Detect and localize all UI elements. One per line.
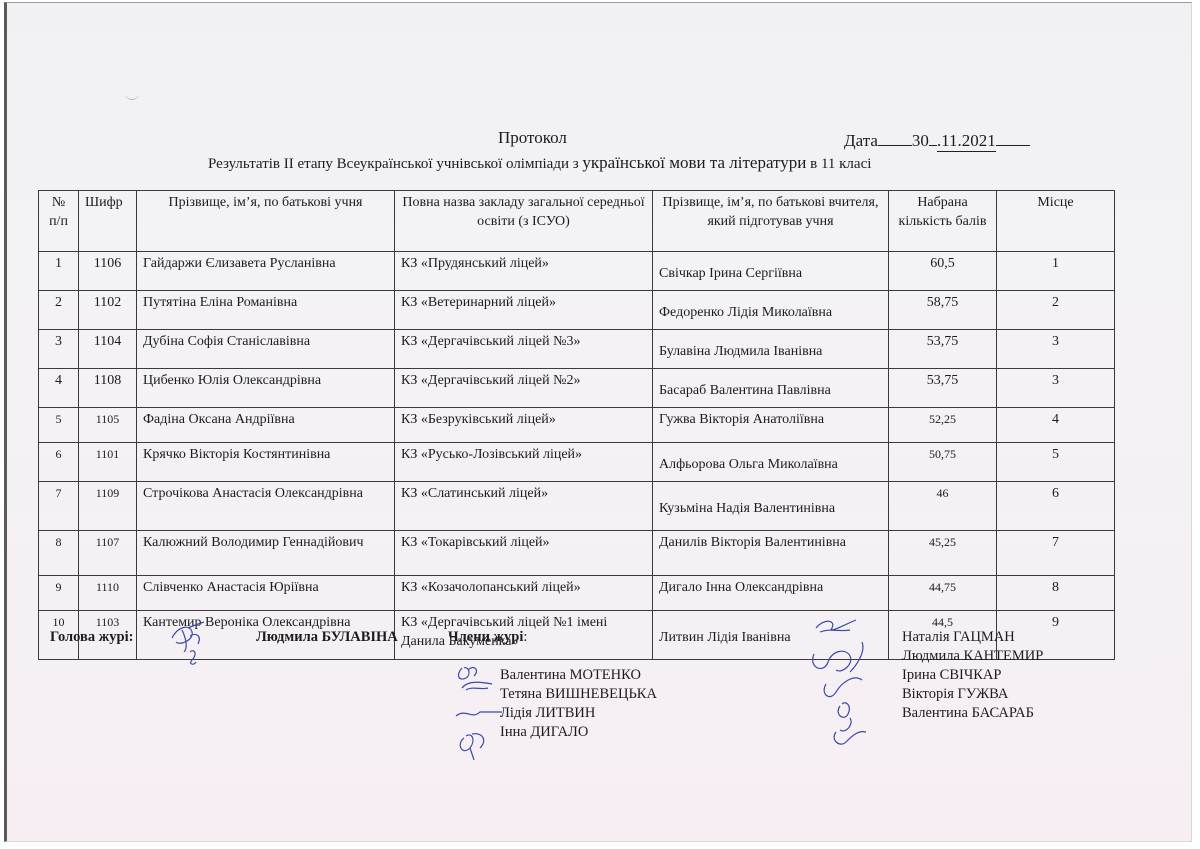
cell-teacher: Данилів Вікторія Валентинівна (653, 531, 889, 576)
cell-place: 3 (997, 330, 1115, 369)
cell-student: Цибенко Юлія Олександрівна (137, 369, 395, 408)
cell-student: Фадіна Оксана Андріївна (137, 408, 395, 443)
jury-member: Людмила КАНТЕМИР (902, 647, 1043, 666)
cell-school: КЗ «Козачолопанський ліцей» (395, 576, 653, 611)
cell-place: 4 (997, 408, 1115, 443)
cell-teacher: Басараб Валентина Павлівна (653, 369, 889, 408)
cell-code: 1102 (79, 291, 137, 330)
cell-school: КЗ «Дергачівський ліцей №2» (395, 369, 653, 408)
cell-school: КЗ «Токарівський ліцей» (395, 531, 653, 576)
table-body: 11106Гайдаржи Єлизавета РусланівнаКЗ «Пр… (39, 252, 1115, 660)
cell-place: 5 (997, 443, 1115, 482)
cell-n: 2 (39, 291, 79, 330)
cell-school: КЗ «Дергачівський ліцей №3» (395, 330, 653, 369)
date-blank (929, 128, 937, 146)
date-blank (996, 128, 1030, 146)
jury-member: Інна ДИГАЛО (500, 723, 657, 742)
cell-code: 1105 (79, 408, 137, 443)
table-row: 51105Фадіна Оксана АндріївнаКЗ «Безруків… (39, 408, 1115, 443)
cell-score: 52,25 (889, 408, 997, 443)
members-label-text: Члени журі (448, 629, 523, 645)
date-label: Дата (844, 131, 878, 150)
cell-n: 4 (39, 369, 79, 408)
cell-code: 1104 (79, 330, 137, 369)
subtitle-part: Результатів ІІ етапу Всеукраїнської учні… (208, 156, 582, 172)
cell-code: 1109 (79, 482, 137, 531)
cell-student: Дубіна Софія Станіславівна (137, 330, 395, 369)
cell-place: 7 (997, 531, 1115, 576)
column-header: Набрана кількість балів (889, 191, 997, 252)
table-header-row: № п/пШифрПрізвище, ім’я, по батькові учн… (39, 191, 1115, 252)
cell-score: 44,75 (889, 576, 997, 611)
cell-score: 60,5 (889, 252, 997, 291)
table-row: 41108Цибенко Юлія ОлександрівнаКЗ «Дерга… (39, 369, 1115, 408)
scan-mark (125, 91, 139, 100)
cell-school: КЗ «Русько-Лозівський ліцей» (395, 443, 653, 482)
cell-code: 1101 (79, 443, 137, 482)
jury-member: Ірина СВІЧКАР (902, 666, 1043, 685)
cell-n: 3 (39, 330, 79, 369)
date-blank (878, 128, 912, 146)
jury-members-left: Валентина МОТЕНКО Тетяна ВИШНЕВЕЦЬКА Лід… (500, 666, 657, 742)
cell-place: 3 (997, 369, 1115, 408)
jury-member: Вікторія ГУЖВА (902, 685, 1043, 704)
page-title: Протокол (498, 128, 567, 148)
cell-student: Крячко Вікторія Костянтинівна (137, 443, 395, 482)
cell-score: 53,75 (889, 369, 997, 408)
cell-teacher: Гужва Вікторія Анатоліївна (653, 408, 889, 443)
jury-member: Валентина БАСАРАБ (902, 704, 1043, 723)
signature-icon (806, 614, 896, 754)
cell-code: 1108 (79, 369, 137, 408)
cell-score: 46 (889, 482, 997, 531)
table-row: 31104Дубіна Софія СтаніславівнаКЗ «Дерга… (39, 330, 1115, 369)
cell-student: Калюжний Володимир Геннадійович (137, 531, 395, 576)
cell-teacher: Алфьорова Ольга Миколаївна (653, 443, 889, 482)
jury-member: Валентина МОТЕНКО (500, 666, 657, 685)
column-header: Шифр (79, 191, 137, 252)
date-field: Дата30.11.2021 (844, 128, 1030, 152)
column-header: Повна назва закладу загальної середньої … (395, 191, 653, 252)
cell-score: 50,75 (889, 443, 997, 482)
cell-teacher: Свічкар Ірина Сергіївна (653, 252, 889, 291)
cell-score: 58,75 (889, 291, 997, 330)
column-header: Прізвище, ім’я, по батькові вчителя, яки… (653, 191, 889, 252)
cell-student: Слівченко Анастасія Юріївна (137, 576, 395, 611)
cell-teacher: Дигало Інна Олександрівна (653, 576, 889, 611)
cell-code: 1106 (79, 252, 137, 291)
cell-student: Путятіна Еліна Романівна (137, 291, 395, 330)
cell-teacher: Федоренко Лідія Миколаївна (653, 291, 889, 330)
jury-member: Лідія ЛИТВИН (500, 704, 657, 723)
cell-n: 9 (39, 576, 79, 611)
table-row: 81107Калюжний Володимир ГеннадійовичКЗ «… (39, 531, 1115, 576)
signature-icon (168, 618, 208, 668)
cell-n: 6 (39, 443, 79, 482)
cell-school: КЗ «Слатинський ліцей» (395, 482, 653, 531)
cell-score: 45,25 (889, 531, 997, 576)
jury-member: Тетяна ВИШНЕВЕЦЬКА (500, 685, 657, 704)
subtitle: Результатів ІІ етапу Всеукраїнської учні… (208, 153, 871, 173)
results-table: № п/пШифрПрізвище, ім’я, по батькові учн… (38, 190, 1115, 660)
cell-teacher: Кузьміна Надія Валентинівна (653, 482, 889, 531)
cell-place: 8 (997, 576, 1115, 611)
date-day: 30 (912, 131, 929, 150)
cell-code: 1110 (79, 576, 137, 611)
members-jury-label: Члени журі: (448, 628, 527, 647)
head-jury-label: Голова журі: (50, 628, 133, 647)
jury-member: Наталія ГАЦМАН (902, 628, 1043, 647)
cell-n: 1 (39, 252, 79, 291)
cell-n: 7 (39, 482, 79, 531)
date-value: .11.2021 (937, 131, 996, 152)
column-header: Місце (997, 191, 1115, 252)
cell-n: 8 (39, 531, 79, 576)
cell-score: 53,75 (889, 330, 997, 369)
cell-code: 1107 (79, 531, 137, 576)
cell-student: Гайдаржи Єлизавета Русланівна (137, 252, 395, 291)
cell-school: КЗ «Ветеринарний ліцей» (395, 291, 653, 330)
table-row: 21102Путятіна Еліна РоманівнаКЗ «Ветерин… (39, 291, 1115, 330)
table-row: 61101Крячко Вікторія КостянтинівнаКЗ «Ру… (39, 443, 1115, 482)
table-row: 71109Строчікова Анастасія ОлександрівнаК… (39, 482, 1115, 531)
head-jury-name: Людмила БУЛАВІНА (256, 628, 398, 647)
column-header: № п/п (39, 191, 79, 252)
cell-school: КЗ «Прудянський ліцей» (395, 252, 653, 291)
cell-place: 6 (997, 482, 1115, 531)
subtitle-subject: української мови та літератури (582, 153, 806, 172)
cell-n: 5 (39, 408, 79, 443)
cell-school: КЗ «Безруківський ліцей» (395, 408, 653, 443)
column-header: Прізвище, ім’я, по батькові учня (137, 191, 395, 252)
table-row: 91110Слівченко Анастасія ЮріївнаКЗ «Коза… (39, 576, 1115, 611)
members-colon: : (523, 629, 527, 645)
jury-members-right: Наталія ГАЦМАН Людмила КАНТЕМИР Ірина СВ… (902, 628, 1043, 723)
cell-place: 1 (997, 252, 1115, 291)
cell-teacher: Булавіна Людмила Іванівна (653, 330, 889, 369)
cell-place: 2 (997, 291, 1115, 330)
header: Протокол Дата30.11.2021 (0, 128, 1200, 152)
subtitle-part: в 11 класі (806, 156, 871, 172)
table-row: 11106Гайдаржи Єлизавета РусланівнаКЗ «Пр… (39, 252, 1115, 291)
cell-student: Строчікова Анастасія Олександрівна (137, 482, 395, 531)
